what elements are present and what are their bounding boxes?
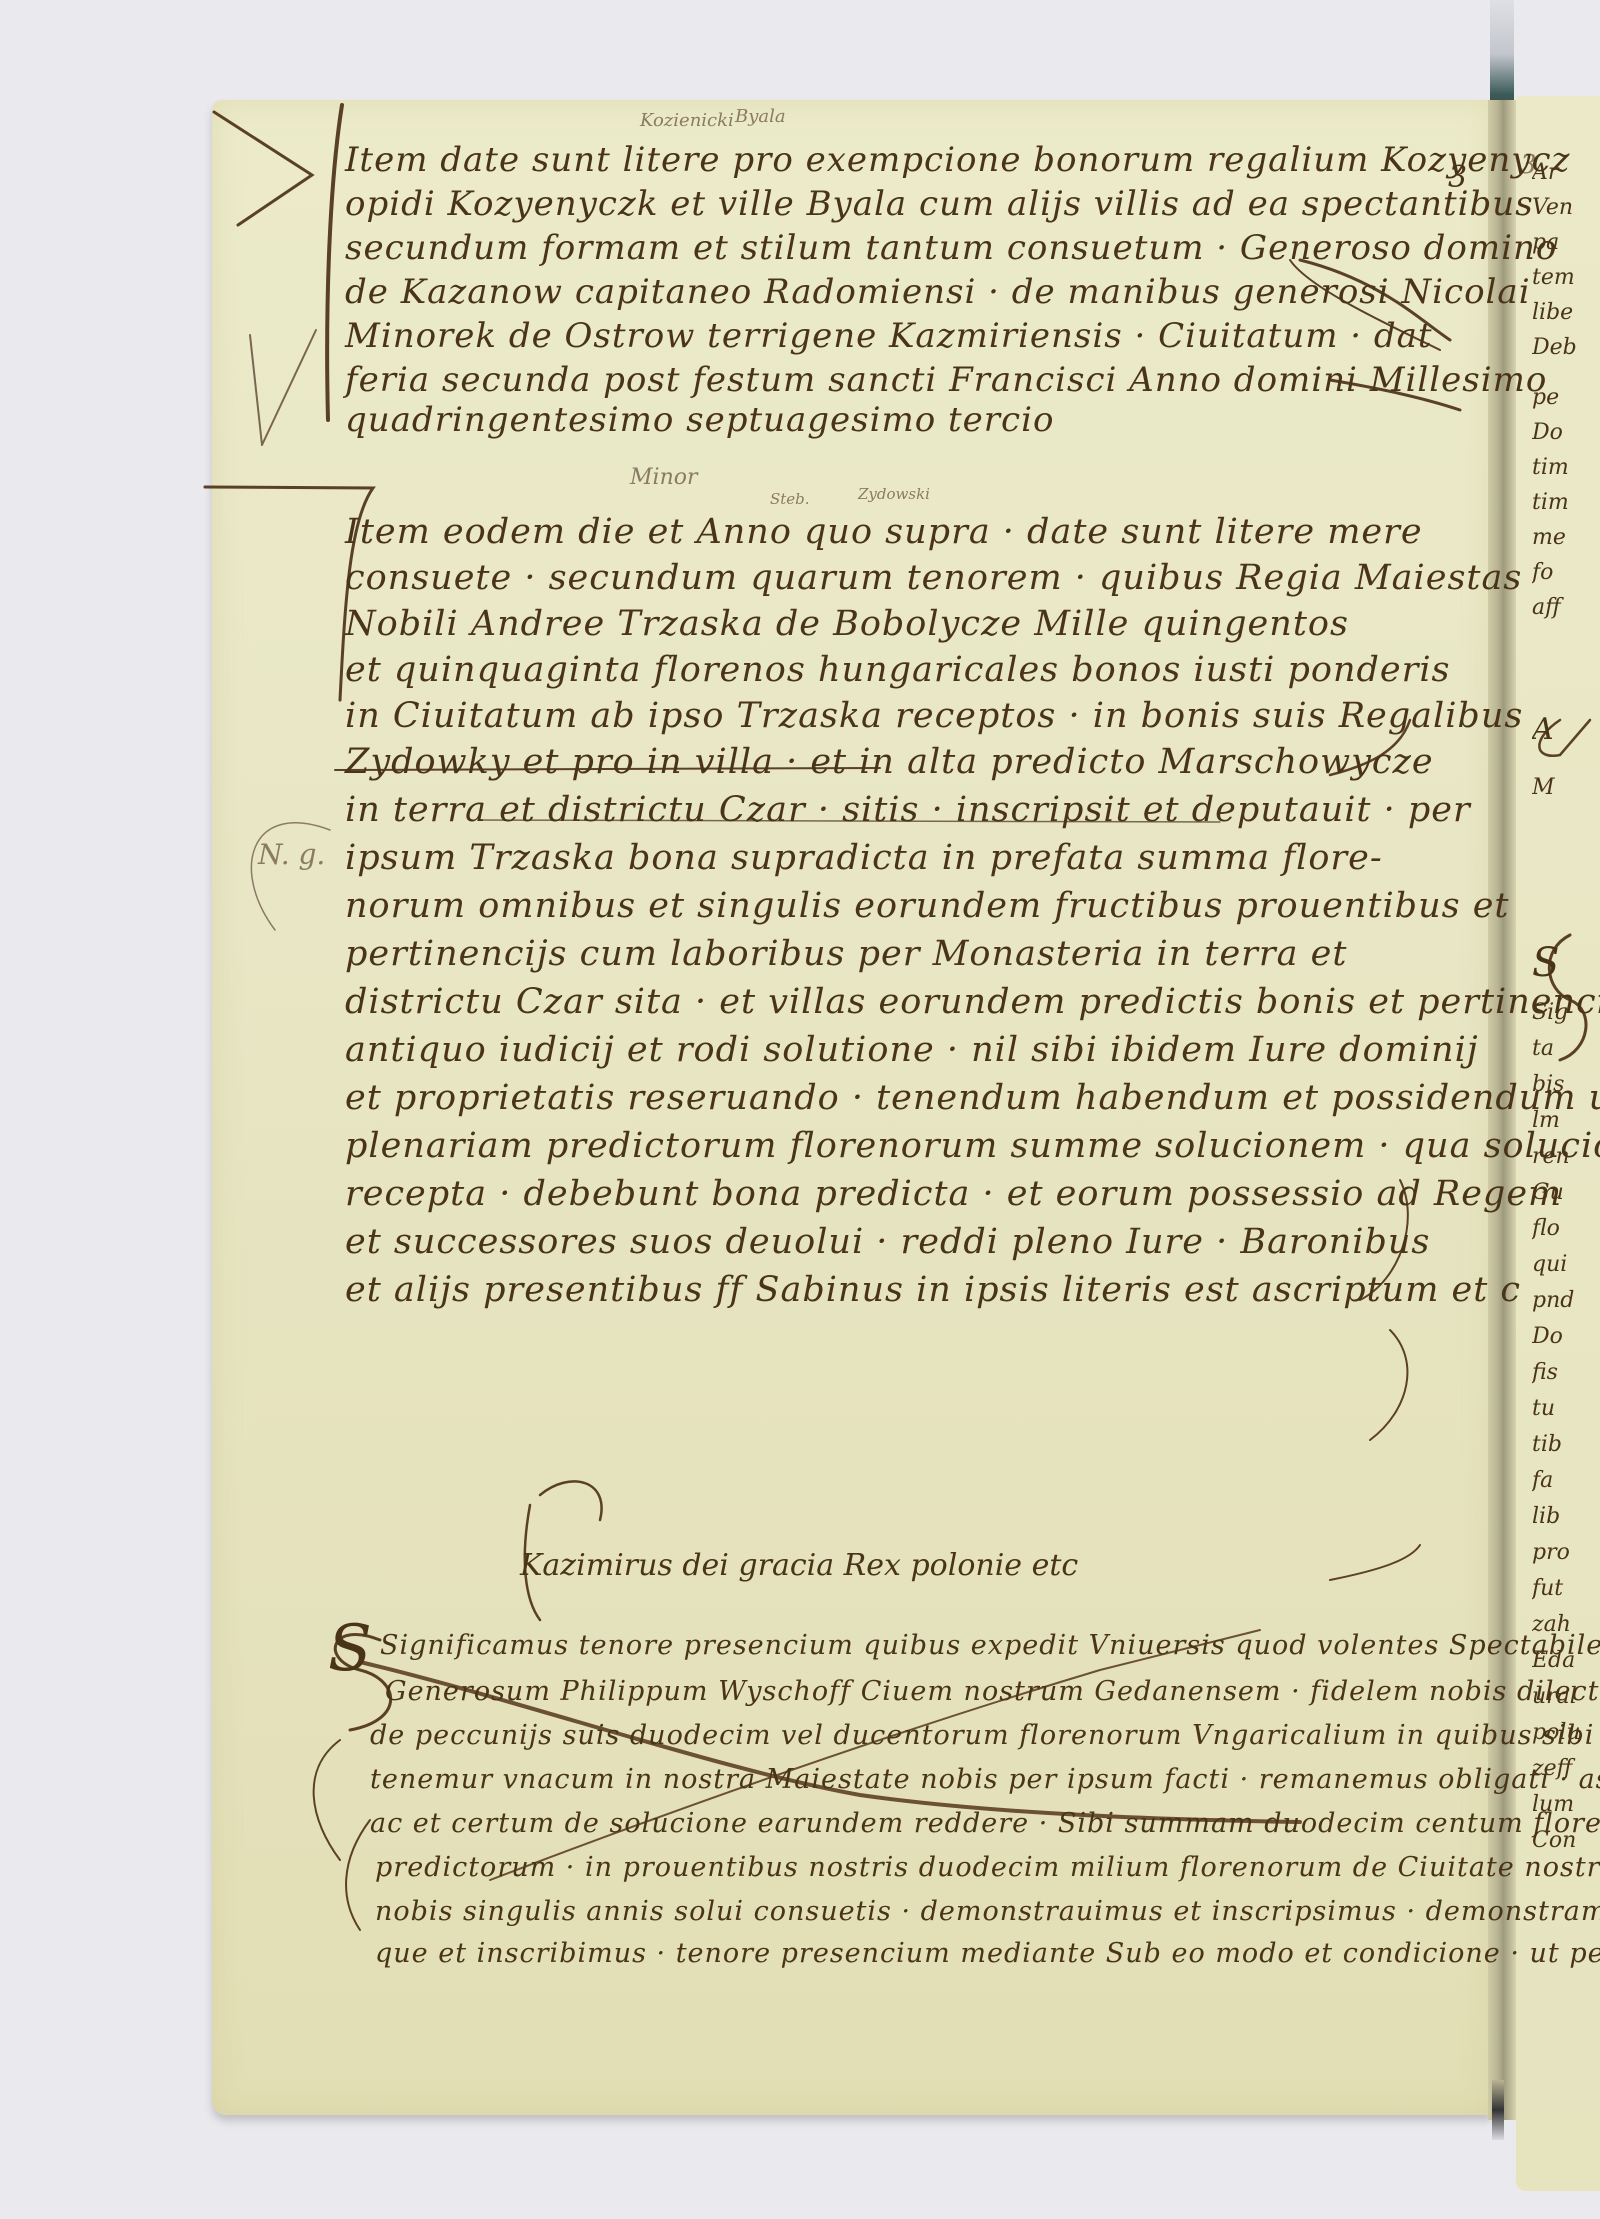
entry-2-line: et proprietatis reseruando · tenendum ha… [345,1078,1600,1118]
entry-2-line: et quinquaginta florenos hungaricales bo… [345,650,1451,690]
entry-3-line: de peccunijs suis duodecim vel ducentoru… [370,1720,1594,1751]
entry-3-line: tenemur vnacum in nostra Maiestate nobis… [370,1764,1600,1795]
right-page-line: lm [1532,1108,1600,1133]
decorated-initial: S [328,1612,372,1686]
entry-3-line: predictorum · in prouentibus nostris duo… [375,1852,1600,1883]
right-page-line: tim [1532,455,1600,480]
gloss-above-1a: Kozienicki [640,110,734,131]
gloss-above-2a: Minor [630,465,698,490]
entry-2-line: pertinencijs cum laboribus per Monasteri… [345,934,1347,974]
entry-1-line: feria secunda post festum sancti Francis… [345,360,1547,400]
right-page-line: lum [1532,1792,1600,1817]
right-page-initial: S [1532,940,1600,986]
right-page-line: Do [1532,420,1600,445]
right-page-line: pe [1532,385,1600,410]
entry-2-line: districtu Czar sita · et villas eorundem… [345,982,1600,1022]
entry-3-line: Generosum Philippum Wyschoff Ciuem nostr… [385,1676,1600,1707]
right-page-line: zah [1532,1612,1600,1637]
right-page-line: fut [1532,1576,1600,1601]
right-page-line: Do [1532,1324,1600,1349]
margin-note: N. g. [258,838,325,871]
right-page-line: fo [1532,560,1600,585]
right-page-line: M [1532,775,1600,800]
right-page-line: polu [1532,1720,1600,1745]
gloss-above-1b: Byala [735,106,786,127]
entry-2-line: antiquo iudicij et rodi solutione · nil … [345,1030,1479,1070]
right-page-line: tu [1532,1396,1600,1421]
right-page-line: ta [1532,1036,1600,1061]
gloss-above-2b: Steb. [770,490,810,508]
right-page-line: libe [1532,300,1600,325]
right-page-line: Con [1532,1828,1600,1853]
right-page-line: Gu [1532,1180,1600,1205]
entry-2-line: ipsum Trzaska bona supradicta in prefata… [345,838,1383,878]
charter-heading: Kazimirus dei gracia Rex polonie etc [520,1548,1078,1583]
right-page-line: tib [1532,1432,1600,1457]
right-page-line: Deb [1532,335,1600,360]
entry-2-line: norum omnibus et singulis eorundem fruct… [345,886,1509,926]
right-page-line: fis [1532,1360,1600,1385]
gloss-above-2c: Zydowski [858,485,930,503]
entry-2-line: in Ciuitatum ab ipso Trzaska receptos · … [345,696,1523,736]
right-page-line: qui [1532,1252,1600,1277]
entry-2-line: plenariam predictorum florenorum summe s… [345,1126,1600,1166]
right-page-line: Ar [1532,160,1600,185]
right-page-line: pnd [1532,1288,1600,1313]
right-page-line: fa [1532,1468,1600,1493]
entry-2-line: recepta · debebunt bona predicta · et eo… [345,1174,1562,1214]
entry-1-line: secundum formam et stilum tantum consuet… [345,228,1557,268]
entry-3-line: Significamus tenore presencium quibus ex… [380,1630,1600,1661]
entry-2-line: Item eodem die et Anno quo supra · date … [345,512,1423,552]
right-page-line: aff [1532,595,1600,620]
right-page-line: ural [1532,1684,1600,1709]
right-page-initial: A [1532,712,1600,747]
entry-2-line: Zydowky et pro in villa · et in alta pre… [345,742,1434,782]
entry-1-line: Item date sunt litere pro exempcione bon… [345,140,1570,180]
entry-1-line: Minorek de Ostrow terrigene Kazmiriensis… [345,316,1433,356]
right-page-line: bis [1532,1072,1600,1097]
right-page-line: zeff [1532,1756,1600,1781]
entry-2-line: et successores suos deuolui · reddi plen… [345,1222,1430,1262]
entry-3-line: que et inscribimus · tenore presencium m… [375,1938,1600,1969]
entry-3-line: ac et certum de solucione earundem redde… [370,1808,1600,1839]
entry-3-line: nobis singulis annis solui consuetis · d… [375,1896,1600,1927]
entry-2-line: in terra et districtu Czar · sitis · ins… [345,790,1471,830]
right-page-line: Eda [1532,1648,1600,1673]
entry-2-line: consuete · secundum quarum tenorem · qui… [345,558,1522,598]
right-page-line: pro [1532,1540,1600,1565]
right-page-line: Sig [1532,1000,1600,1025]
right-page-line: ren [1532,1144,1600,1169]
entry-1-line: de Kazanow capitaneo Radomiensi · de man… [345,272,1531,312]
right-page-line: lib [1532,1504,1600,1529]
right-page-line: Ven [1532,195,1600,220]
right-page-line: tim [1532,490,1600,515]
right-page-line: pa [1532,230,1600,255]
binding-strip-bottom [1492,2080,1504,2140]
right-page-line: me [1532,525,1600,550]
right-page-line: flo [1532,1216,1600,1241]
entry-1-line: opidi Kozyenyczk et ville Byala cum alij… [345,184,1534,224]
entry-2-line: et alijs presentibus ff Sabinus in ipsis… [345,1270,1521,1310]
right-page-line: tem [1532,265,1600,290]
entry-1-line: quadringentesimo septuagesimo tercio [345,400,1054,440]
entry-2-line: Nobili Andree Trzaska de Bobolycze Mille… [345,604,1349,644]
